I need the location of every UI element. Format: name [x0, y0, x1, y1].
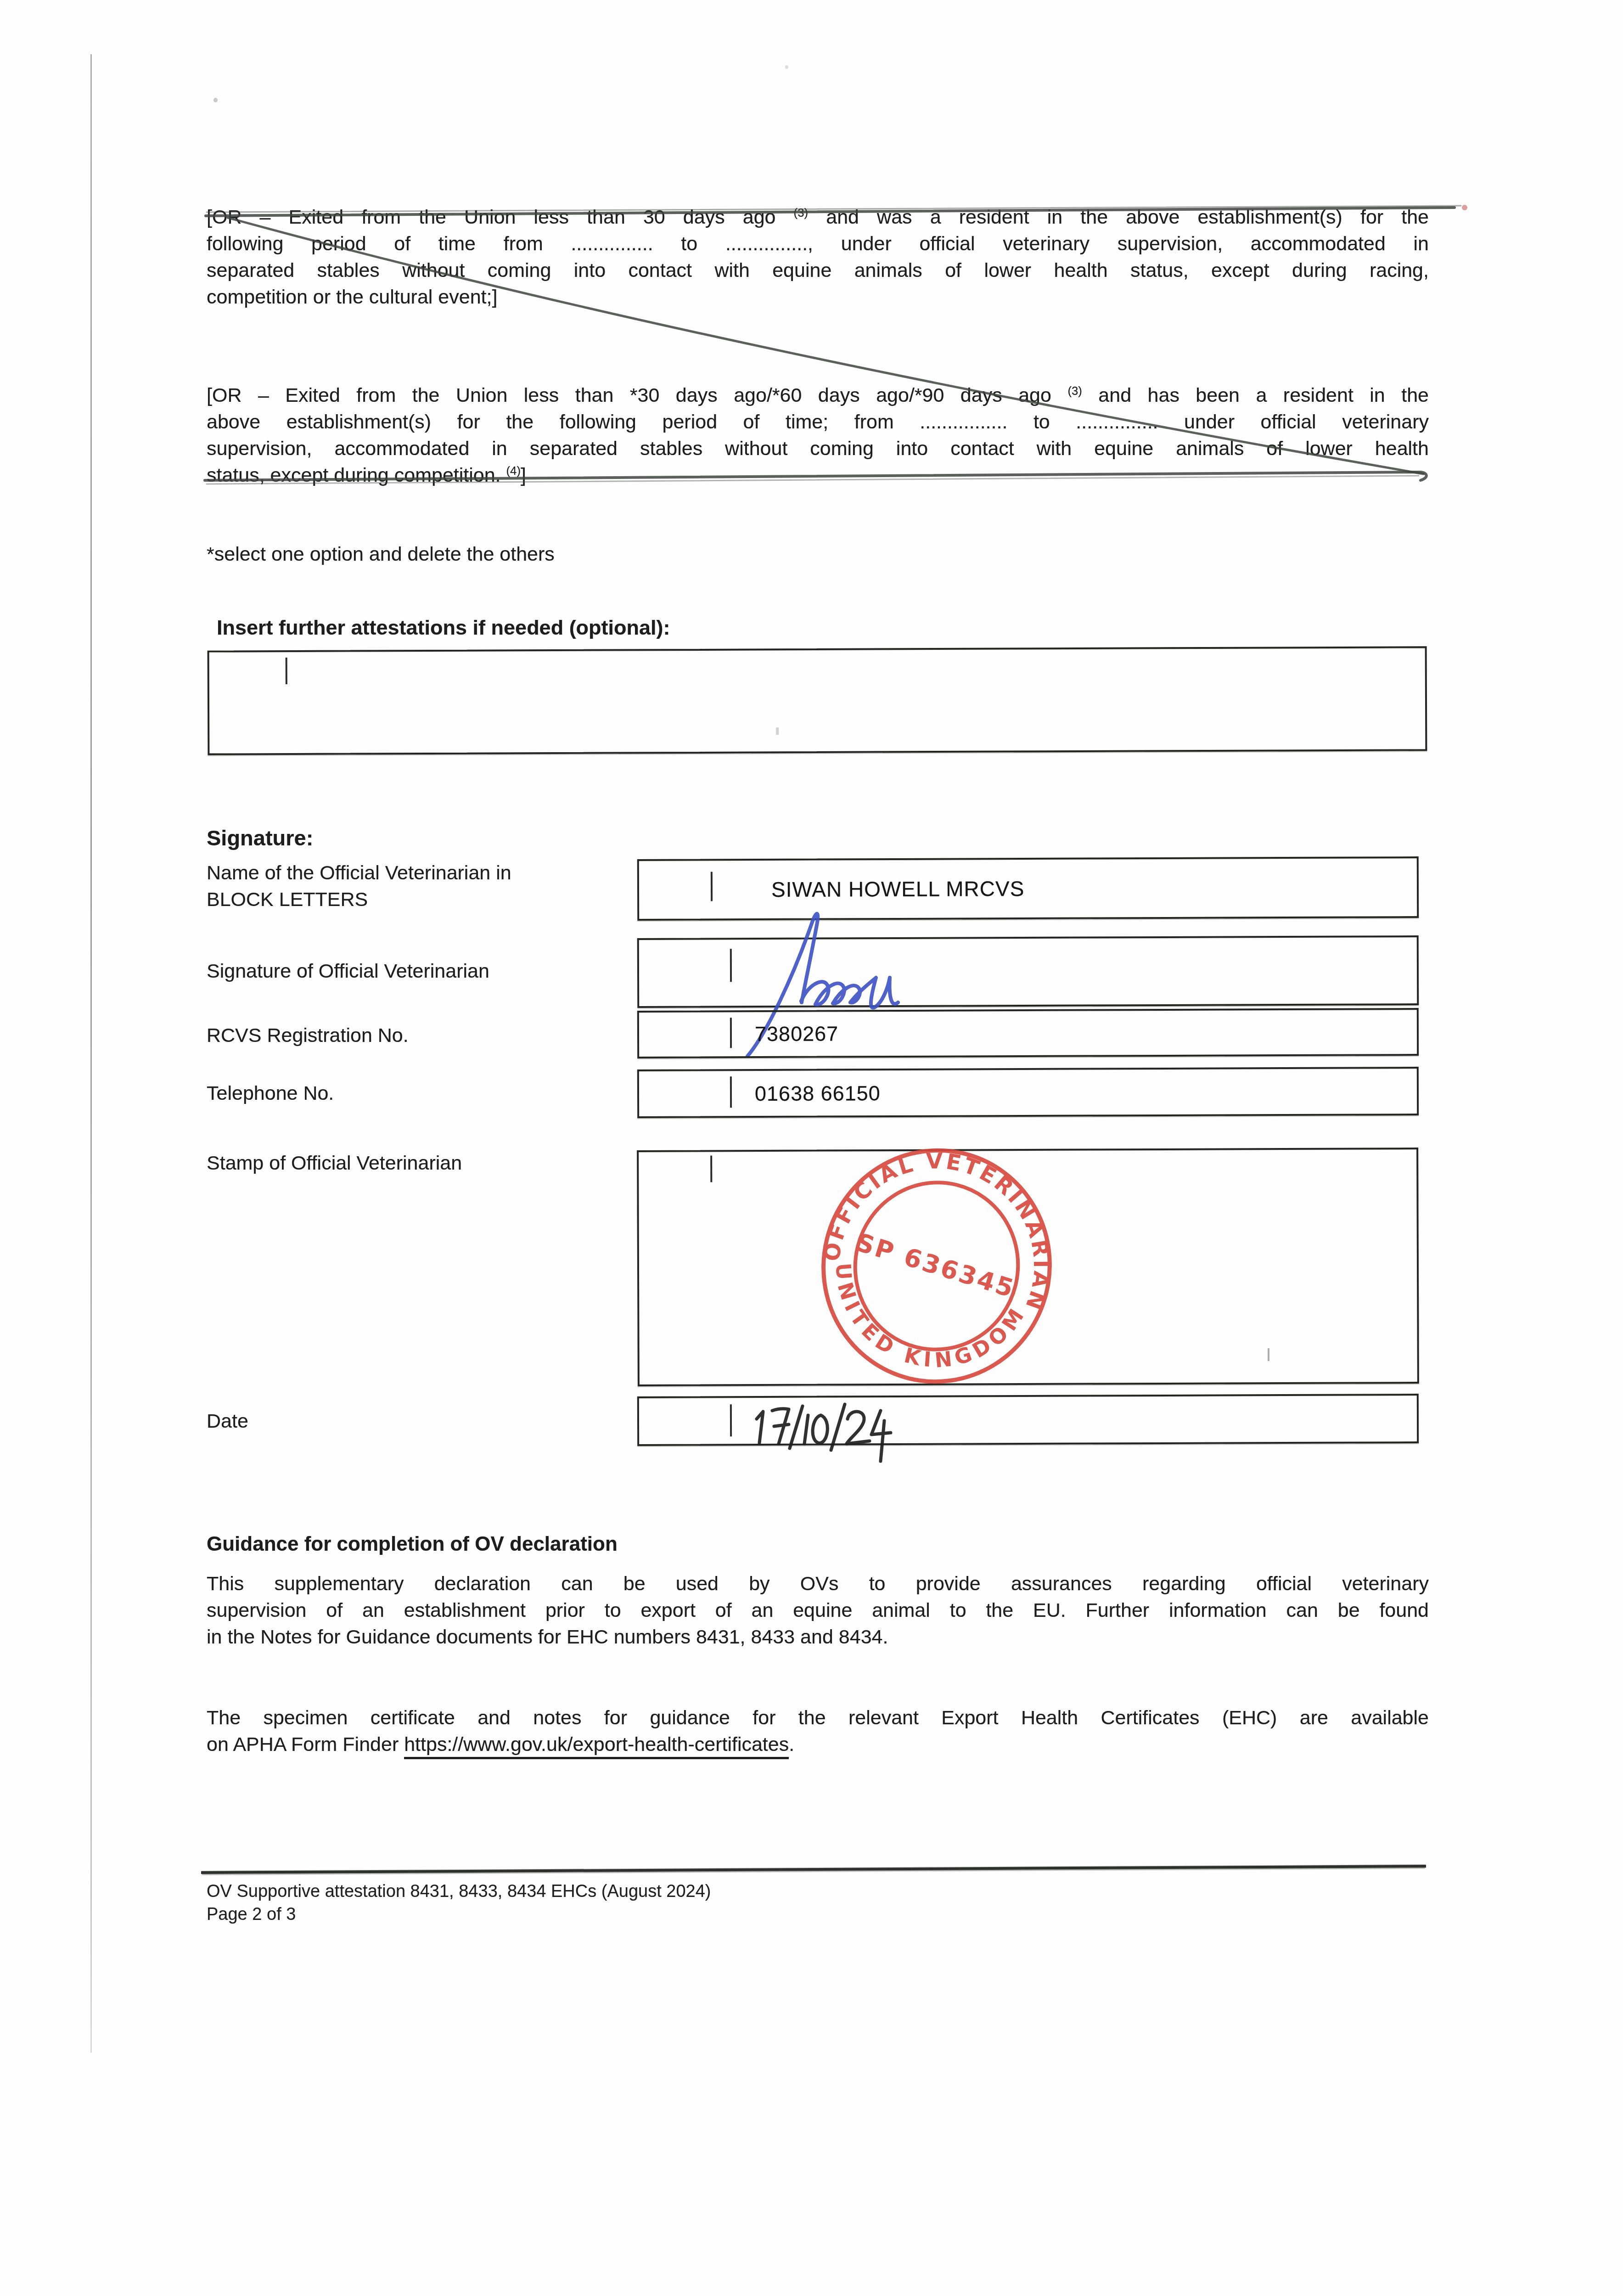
telephone-value: 01638 66150	[755, 1081, 881, 1106]
stamp-label: Stamp of Official Veterinarian	[207, 1150, 462, 1176]
pen-mark-speck	[1462, 205, 1467, 210]
rcvs-value: 7380267	[755, 1022, 838, 1046]
name-box: SIWAN HOWELL MRCVS	[637, 856, 1419, 921]
field-cursor-mark	[286, 658, 287, 684]
footer-divider-line	[201, 1865, 1426, 1874]
rcvs-box: 7380267	[637, 1008, 1419, 1058]
field-cursor-mark	[730, 949, 732, 982]
text-line: [OR – Exited from the Union less than 30…	[207, 204, 1429, 231]
text-line: This supplementary declaration can be us…	[207, 1570, 1429, 1597]
date-label: Date	[207, 1408, 248, 1435]
further-attestations-box	[208, 646, 1427, 755]
scan-speck	[785, 65, 788, 69]
field-cursor-mark	[711, 872, 713, 901]
footer-doc-ref: OV Supportive attestation 8431, 8433, 84…	[207, 1880, 711, 1903]
name-value: SIWAN HOWELL MRCVS	[771, 876, 1024, 902]
scan-speck	[776, 727, 779, 735]
scan-page-edge-line	[90, 54, 92, 2053]
text-line: supervision of an establishment prior to…	[207, 1597, 1429, 1624]
name-label-line1: Name of the Official Veterinarian in	[207, 860, 511, 886]
attestation-option-2-paragraph: [OR – Exited from the Union less than *3…	[207, 382, 1429, 489]
ov-signature-box	[637, 935, 1419, 1008]
footer-page-number: Page 2 of 3	[207, 1903, 296, 1926]
rcvs-label: RCVS Registration No.	[207, 1022, 409, 1049]
attestation-option-1-paragraph: [OR – Exited from the Union less than 30…	[207, 204, 1429, 310]
text-line: supervision, accommodated in separated s…	[207, 435, 1429, 462]
date-value: 17/10/24	[639, 1398, 640, 1399]
url-text: https://www.gov.uk/export-health-certifi…	[404, 1733, 789, 1759]
scan-speck	[213, 98, 218, 102]
ov-signature-label: Signature of Official Veterinarian	[207, 958, 489, 985]
further-attestations-heading: Insert further attestations if needed (o…	[217, 614, 670, 641]
select-option-note: *select one option and delete the others	[207, 541, 555, 568]
text-line: on APHA Form Finder https://www.gov.uk/e…	[207, 1731, 1429, 1758]
field-cursor-mark	[730, 1404, 732, 1436]
text-line: competition or the cultural event;]	[207, 284, 1429, 310]
telephone-label: Telephone No.	[207, 1080, 334, 1107]
text-line: above establishment(s) for the following…	[207, 409, 1429, 435]
field-cursor-mark	[730, 1018, 732, 1048]
name-label: Name of the Official Veterinarian in BLO…	[207, 860, 511, 913]
text-line: [OR – Exited from the Union less than *3…	[207, 382, 1429, 409]
text-line: in the Notes for Guidance documents for …	[207, 1624, 1429, 1650]
stamp-box	[637, 1148, 1419, 1386]
text-line: status, except during competition. (4)]	[207, 462, 1429, 489]
guidance-paragraph-1: This supplementary declaration can be us…	[207, 1570, 1429, 1650]
field-cursor-mark	[730, 1076, 732, 1108]
document-page: [OR – Exited from the Union less than 30…	[0, 0, 1623, 2296]
text-line: The specimen certificate and notes for g…	[207, 1705, 1429, 1731]
telephone-box: 01638 66150	[637, 1067, 1419, 1118]
date-box: 17/10/24	[637, 1394, 1419, 1446]
field-cursor-mark	[710, 1155, 712, 1182]
guidance-heading: Guidance for completion of OV declaratio…	[207, 1531, 618, 1558]
name-label-line2: BLOCK LETTERS	[207, 886, 511, 913]
signature-heading: Signature:	[207, 825, 313, 851]
guidance-paragraph-2: The specimen certificate and notes for g…	[207, 1705, 1429, 1758]
text-line: following period of time from ..........…	[207, 231, 1429, 257]
further-attestations-value	[209, 653, 210, 653]
text-line: separated stables without coming into co…	[207, 257, 1429, 284]
